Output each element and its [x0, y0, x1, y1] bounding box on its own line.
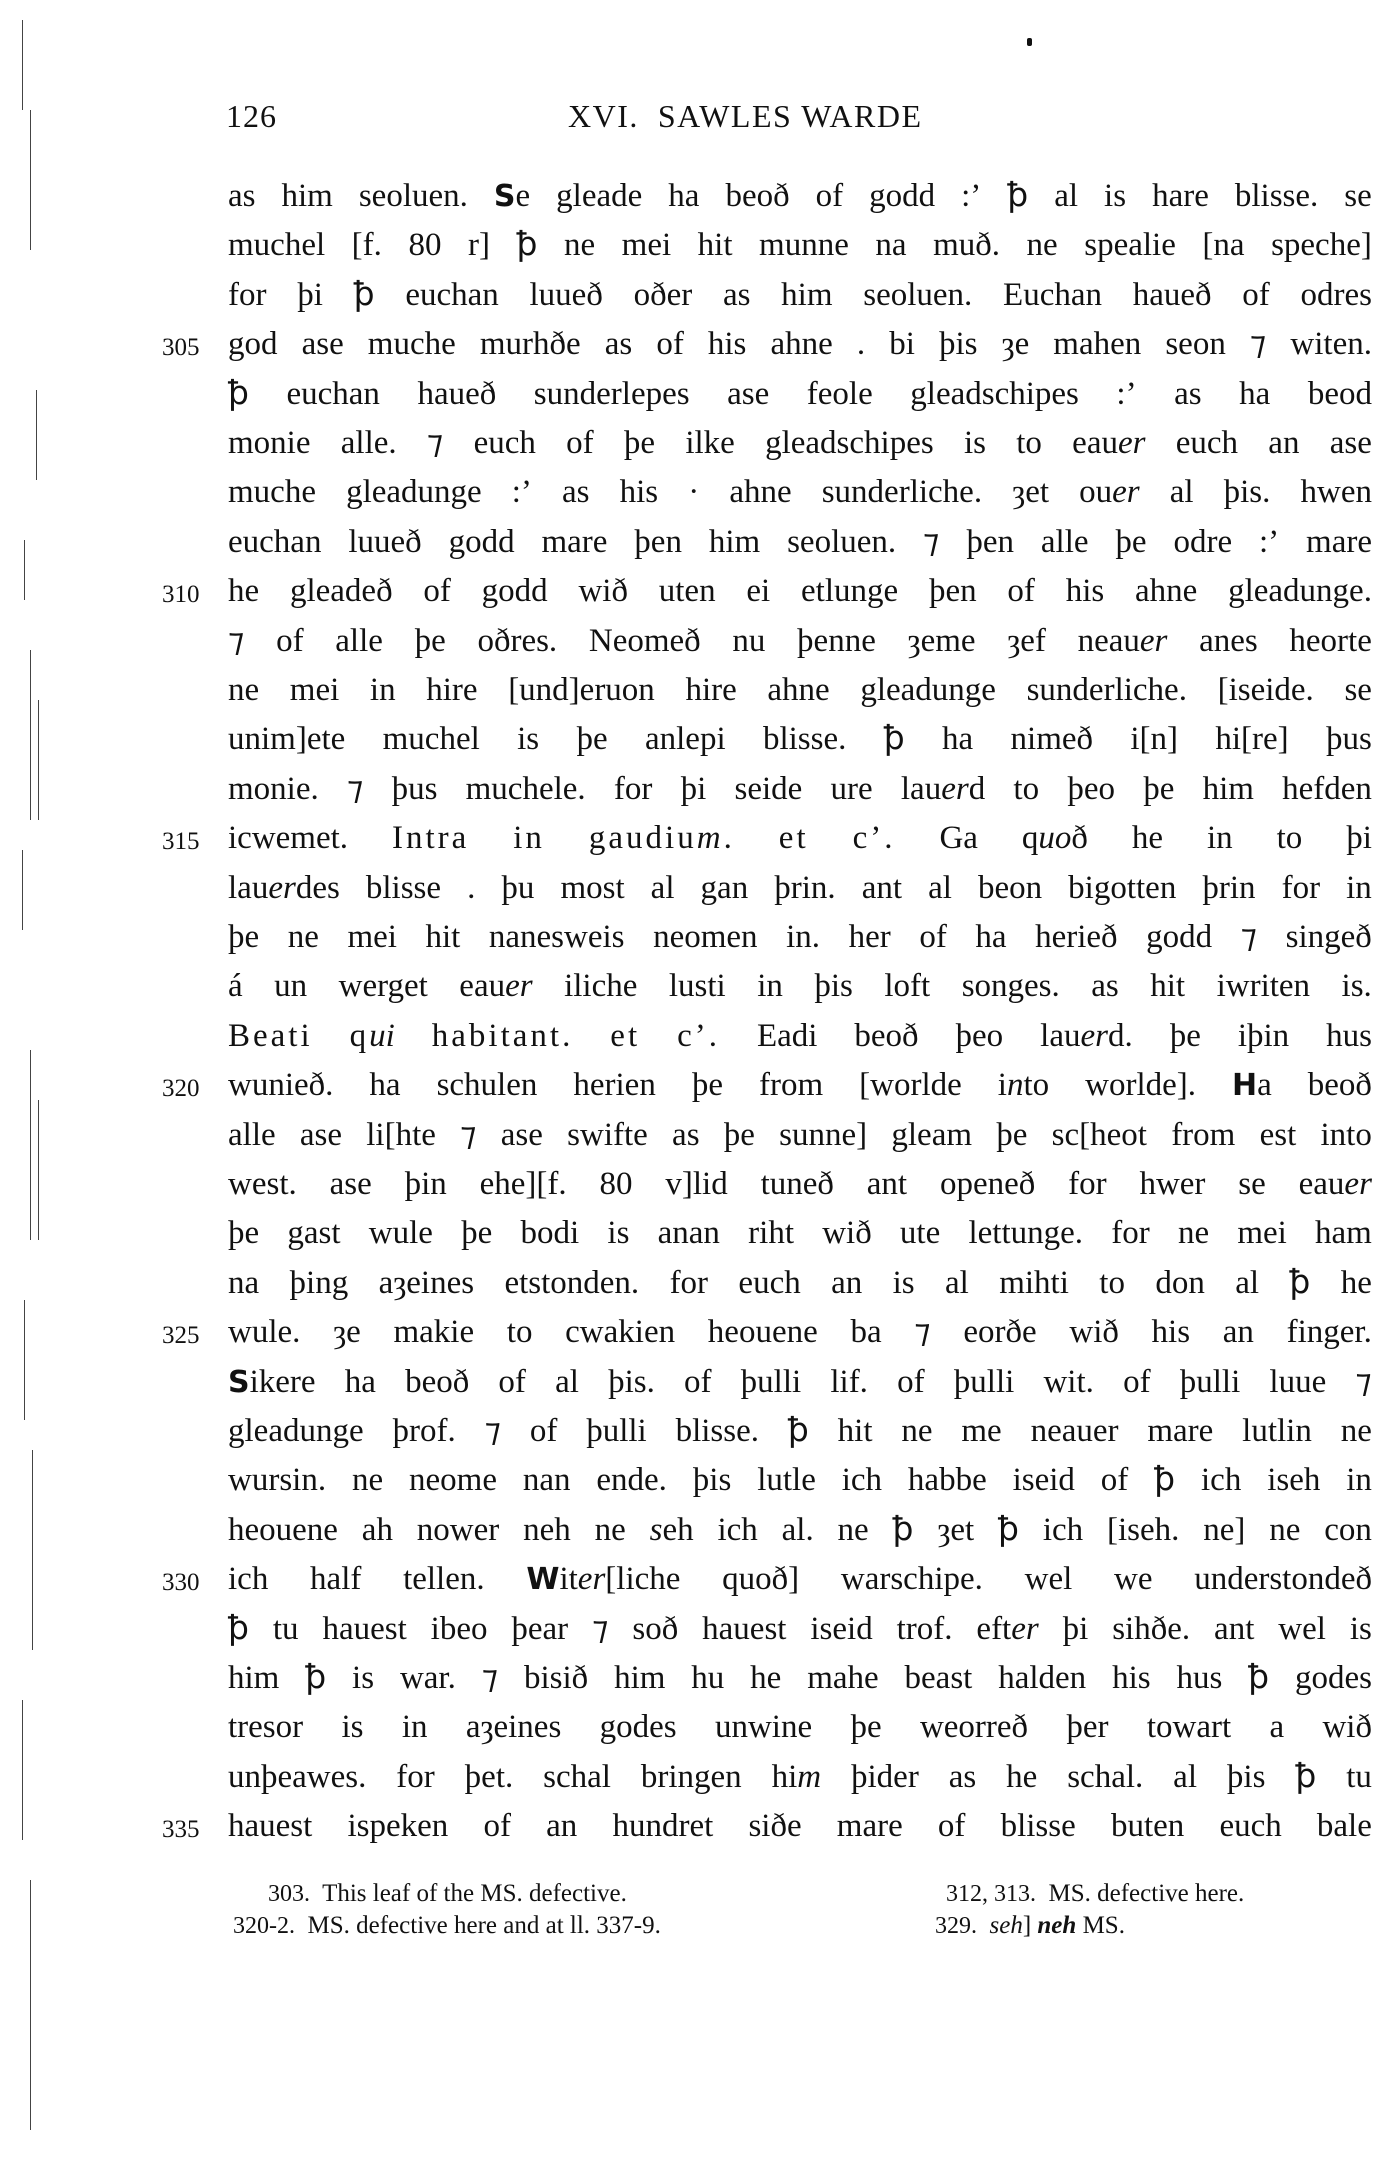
word: hit [838, 1407, 873, 1455]
word: wule [369, 1209, 433, 1257]
word: ant [862, 864, 902, 912]
word: þulli [954, 1358, 1015, 1407]
word: al [651, 864, 675, 912]
word: seh [650, 1506, 694, 1554]
word: al [1170, 468, 1194, 516]
word: neh [523, 1506, 571, 1554]
running-title: XVI. SAWLES WARDE [568, 98, 923, 135]
line-number: 315 [162, 818, 224, 866]
word: hwen [1301, 468, 1372, 516]
word: þulli [741, 1358, 802, 1407]
word: ahne [1135, 567, 1197, 615]
word: al. [782, 1506, 814, 1554]
word: þe [624, 419, 655, 467]
word: loft [884, 962, 930, 1010]
word: ⁊ [228, 617, 244, 665]
word: godd [869, 172, 935, 221]
word: :’ [512, 468, 532, 516]
word: mare [541, 518, 607, 566]
word: uten [659, 567, 716, 615]
word: luueð [530, 271, 603, 319]
word: him [709, 518, 760, 566]
word: of [423, 567, 451, 615]
word: monie. [228, 765, 319, 813]
word: þeo [956, 1012, 1004, 1060]
word: him [772, 1753, 822, 1801]
footnote-312-313: 312, 313. MS. defective here. [946, 1880, 1244, 1908]
word: ahne [767, 666, 829, 714]
word: ꝥ [1295, 1753, 1316, 1801]
text-line: wule.ȝemakietocwakienheoueneba⁊eorðewiðh… [228, 1308, 1372, 1356]
word: mei [347, 913, 396, 961]
word: in [757, 962, 783, 1010]
word: of [530, 1407, 558, 1455]
word: euch [738, 1259, 800, 1307]
word: ich [1043, 1506, 1083, 1554]
text-line: naþingaȝeinesetstonden.foreuchanisalmiht… [228, 1259, 1372, 1307]
word: ase [330, 1160, 372, 1208]
word: beon [978, 864, 1042, 912]
word: eauer [459, 962, 532, 1010]
word: sihðe. [1112, 1605, 1190, 1653]
word: se [1344, 172, 1372, 221]
word: þi [681, 765, 707, 813]
word: as [949, 1753, 977, 1801]
word: trof. [897, 1605, 953, 1653]
footnote-320-2: 320-2. MS. defective here and at ll. 337… [233, 1912, 661, 1940]
word: ⁊ [1250, 320, 1266, 368]
word: ⁊ [1355, 1358, 1371, 1407]
word: ȝet [1012, 468, 1049, 516]
word: Eadi [757, 1012, 817, 1060]
text-line: west.aseþinehe][f.80v]lidtuneðantopeneðf… [228, 1160, 1372, 1208]
word: gleadunge [228, 1407, 364, 1455]
word: eorðe [963, 1308, 1036, 1356]
word: ute [900, 1209, 940, 1257]
word: ⁊ [914, 1308, 930, 1356]
word: herien [573, 1061, 655, 1110]
word: anes [1199, 617, 1258, 665]
word: swifte [567, 1111, 648, 1159]
text-line: moniealle.⁊euchofþeilkegleadschipesistoe… [228, 419, 1372, 467]
word: halden [998, 1654, 1086, 1702]
word: neauer [1078, 617, 1168, 665]
word: tuneð [761, 1160, 834, 1208]
word: murhðe [480, 320, 581, 368]
word: þu [501, 864, 534, 912]
word: iwriten [1217, 962, 1310, 1010]
word: nimeð [1011, 715, 1093, 763]
word: bigotten [1068, 864, 1176, 912]
word: þis [1227, 1753, 1266, 1801]
word: tu [1346, 1753, 1372, 1801]
word: gleadeð [290, 567, 393, 615]
word: ham [1315, 1209, 1372, 1257]
word: as [605, 320, 633, 368]
word: makie [393, 1308, 474, 1356]
word: hit [1150, 962, 1185, 1010]
word: tu [273, 1605, 299, 1653]
word: v]lid [665, 1160, 727, 1208]
word: an [1223, 1308, 1254, 1356]
word: þe [724, 1111, 755, 1159]
word: lettunge. [968, 1209, 1083, 1257]
word: ahne [770, 320, 832, 368]
word: ne [1027, 221, 1058, 269]
word: anan [658, 1209, 720, 1257]
word: þe [461, 1209, 492, 1257]
word: oðres. [477, 617, 557, 665]
word: ȝet [937, 1506, 974, 1554]
word: :’ [1259, 518, 1279, 566]
word: euchan [228, 518, 321, 566]
word: eauer [1299, 1160, 1372, 1208]
word: ne [1269, 1506, 1300, 1554]
word: wel [1278, 1605, 1326, 1653]
word: gleadschipes [765, 419, 934, 467]
word: ꝥ [354, 271, 375, 319]
word: ne [1178, 1209, 1209, 1257]
word: for [670, 1259, 708, 1307]
text-line: ichhalftellen.Witer[lichequoð]warschipe.… [228, 1555, 1372, 1603]
word: al [1054, 172, 1078, 221]
word: ne [564, 221, 595, 269]
text-line: muchel[f.80r]ꝥnemeihitmunnenamuð.nespeal… [228, 221, 1372, 269]
word: i[n] [1130, 715, 1178, 763]
word: ba [850, 1308, 881, 1356]
word: in [370, 666, 396, 714]
word: iseid [1013, 1456, 1075, 1504]
word: of [566, 419, 594, 467]
word: of [1101, 1456, 1129, 1504]
word: [worlde [859, 1061, 962, 1110]
text-line: lauerdesblisse.þumostalganþrin.antalbeon… [228, 864, 1372, 912]
word: ne [288, 913, 319, 961]
word: for [228, 271, 266, 319]
word: worlde]. [1085, 1061, 1196, 1110]
word: euchan [286, 370, 379, 418]
word: is [964, 419, 986, 467]
word: þrof. [392, 1407, 455, 1455]
word: blisse. [1235, 172, 1318, 221]
word: sc[heot [1052, 1111, 1147, 1159]
word: ꝥ [788, 1407, 809, 1455]
word: his [1152, 1308, 1191, 1356]
word: ⁊ [1241, 913, 1257, 961]
word: in [1346, 1456, 1372, 1504]
word: mahen [1053, 320, 1141, 368]
word: for [614, 765, 652, 813]
word: bisið [524, 1654, 588, 1702]
word: ispeken [347, 1802, 448, 1850]
word: ase [300, 1111, 342, 1159]
word: 80 [408, 221, 441, 269]
text-line: Beatiquihabitant.etc’.Eadibeoðþeolauerd.… [228, 1012, 1372, 1060]
word: wunieð. [228, 1061, 333, 1110]
scan-gutter-marks [0, 0, 80, 2184]
word: un [274, 962, 307, 1010]
word: ꝥ [1248, 1654, 1269, 1702]
text-line: unþeawes.forþet.schalbringenhimþiderashe… [228, 1753, 1372, 1801]
text-line: icwemet.Intraingaudium.etc’.Gaquoðheinto… [228, 814, 1372, 862]
word: he [750, 1654, 781, 1702]
text-line: himꝥiswar.⁊bisiðhimhuhemahebeasthaldenhi… [228, 1654, 1372, 1702]
word: ꝥ [1154, 1456, 1175, 1504]
word: hare [1152, 172, 1209, 221]
word: wið [822, 1209, 872, 1257]
word: ende. [596, 1456, 667, 1504]
word: alle [1041, 518, 1089, 566]
word: þear [511, 1605, 568, 1653]
word: of [919, 913, 947, 961]
word: r] [468, 221, 490, 269]
word: bringen [641, 1753, 742, 1801]
word: iseh [1267, 1456, 1320, 1504]
text-line: ashimseoluen.Segleadehabeoðofgodd:’ꝥalis… [228, 172, 1372, 220]
word: ha [668, 172, 699, 221]
word: þe [576, 715, 607, 763]
word: euchan [405, 271, 498, 319]
word: muchele. [466, 765, 586, 813]
text-line: hegleadeðofgoddwiðuteneietlungeþenofhisa… [228, 567, 1372, 615]
word: bale [1317, 1802, 1372, 1850]
word: lauerd. [1040, 1012, 1133, 1060]
word: schulen [437, 1061, 538, 1110]
word: in [513, 814, 545, 862]
word: quoð] [722, 1555, 799, 1604]
word: him [614, 1654, 665, 1702]
word: haueð [1133, 271, 1212, 319]
word: Intra [392, 814, 469, 862]
word: ase [302, 320, 344, 368]
word: þulli [1180, 1358, 1241, 1407]
word: his [708, 320, 747, 368]
word: godd [1146, 913, 1212, 961]
word: þi [1063, 1605, 1089, 1653]
word: et [779, 814, 809, 862]
word: þe [996, 1111, 1027, 1159]
word: to [1016, 419, 1042, 467]
word: ase [727, 370, 769, 418]
word: feole [807, 370, 873, 418]
word: him [1203, 765, 1254, 813]
word: into [998, 1061, 1049, 1110]
word: þet. [465, 1753, 514, 1801]
word: wið [1069, 1308, 1119, 1356]
word: beoð [854, 1012, 918, 1060]
word: ꝥ [516, 221, 537, 269]
page-number: 126 [226, 98, 277, 135]
word: of [816, 172, 844, 221]
word: þulli [586, 1407, 647, 1455]
page-header: 126 XVI. SAWLES WARDE [0, 98, 1398, 148]
word: gan [701, 864, 749, 912]
word: beoð [725, 172, 789, 221]
word: sunne] [779, 1111, 867, 1159]
word: ȝeme [908, 617, 976, 665]
word: hus [1176, 1654, 1222, 1702]
text-line: nemeiinhire[und]eruonhireahnegleadungesu… [228, 666, 1372, 714]
word: is [341, 1703, 363, 1751]
word: tellen. [403, 1555, 485, 1604]
word: wið [1322, 1703, 1372, 1751]
word: openeð [940, 1160, 1035, 1208]
word: þrin [1202, 864, 1255, 912]
text-line: tresorisinaȝeinesgodesunwineþeweorreðþer… [228, 1703, 1372, 1751]
word: neauer [1031, 1407, 1119, 1455]
word: an [1268, 419, 1299, 467]
word: in. [786, 913, 820, 961]
word: ȝe [333, 1308, 361, 1356]
word: herieð [1035, 913, 1117, 961]
word: lif. [830, 1358, 868, 1407]
word: þrin. [774, 864, 835, 912]
word: as [672, 1111, 700, 1159]
word: á [228, 962, 243, 1010]
word: of [1007, 567, 1035, 615]
word: is [1350, 1605, 1372, 1653]
word: wule. [228, 1308, 300, 1356]
word: mahe [807, 1654, 878, 1702]
word: wið [578, 567, 628, 615]
word: is [517, 715, 539, 763]
word: ei [746, 567, 770, 615]
word: singeð [1286, 913, 1372, 961]
word: finger. [1287, 1308, 1372, 1356]
word: unþeawes. [228, 1753, 366, 1801]
word: into [1320, 1111, 1371, 1159]
word: þider [851, 1753, 919, 1801]
word: as [228, 172, 256, 221]
word: beoð [1308, 1061, 1372, 1110]
line-number: 330 [162, 1559, 224, 1607]
word: schal [543, 1753, 611, 1801]
word: godd [449, 518, 515, 566]
word: god [228, 320, 278, 368]
word: for [1282, 864, 1320, 912]
word: ant [867, 1160, 907, 1208]
word: odre [1173, 518, 1232, 566]
word: þe [228, 1209, 259, 1257]
word: an [831, 1259, 862, 1307]
word: witen. [1290, 320, 1372, 368]
word: alle [228, 1111, 276, 1159]
word: mei [1237, 1209, 1286, 1257]
word: þe [1170, 1012, 1201, 1060]
word: þe [850, 1703, 881, 1751]
word: Se [494, 172, 530, 221]
word: þeo [1067, 765, 1115, 813]
word: nower [417, 1506, 499, 1554]
word: ȝef [1007, 617, 1046, 665]
word: ꝥ [893, 1506, 914, 1554]
word: þe [1143, 765, 1174, 813]
word: euch [1219, 1802, 1281, 1850]
word: ehe][f. [480, 1160, 567, 1208]
word: Ga [939, 814, 977, 862]
word: of [1123, 1358, 1151, 1407]
word: as [723, 271, 751, 319]
word: þus [392, 765, 438, 813]
word: godd [482, 567, 548, 615]
word: þing [290, 1259, 349, 1307]
word: þis. [608, 1358, 655, 1407]
word: habitant. [432, 1012, 574, 1060]
word: . [467, 864, 475, 912]
word: ꝥ [884, 715, 905, 763]
word: he [1132, 814, 1163, 862]
word: li[hte [366, 1111, 436, 1159]
word: is. [1342, 962, 1372, 1010]
word: efter [976, 1605, 1038, 1653]
word: his [1066, 567, 1105, 615]
word: mare [1147, 1407, 1213, 1455]
word: unwine [715, 1703, 812, 1751]
word: euch [1176, 419, 1238, 467]
word: mare [1306, 518, 1372, 566]
word: ibeo [431, 1605, 488, 1653]
word: soð [632, 1605, 678, 1653]
word: godes [1295, 1654, 1372, 1702]
word: þen [966, 518, 1014, 566]
word: me [961, 1407, 1001, 1455]
word: mei [290, 666, 339, 714]
word: habbe [908, 1456, 987, 1504]
text-line: alleaseli[hte⁊aseswifteasþesunne]gleamþe… [228, 1111, 1372, 1159]
word: gleadunge [346, 468, 482, 516]
word: ⁊ [427, 419, 443, 467]
word: hwer [1139, 1160, 1205, 1208]
word: ⁊ [485, 1407, 501, 1455]
word: muchel [228, 221, 325, 269]
word: ȝe [1002, 320, 1030, 368]
word: ꝥ [228, 1605, 249, 1653]
text-line: ꝥeuchanhaueðsunderlepesasefeolegleadschi… [228, 370, 1372, 418]
word: him [228, 1654, 279, 1702]
word: ⁊ [460, 1111, 476, 1159]
line-number: 310 [162, 571, 224, 619]
word: he [1006, 1753, 1037, 1801]
word: ne [228, 666, 259, 714]
word: werget [339, 962, 428, 1010]
text-line: forþiꝥeuchanluueðoðerashimseoluen.Euchan… [228, 271, 1372, 319]
word: half [310, 1555, 361, 1604]
word: þi [297, 271, 323, 319]
text-line: wunieð.haschulenherienþefrom[worldeintow… [228, 1061, 1372, 1109]
word: þi [1346, 814, 1372, 862]
word: is [352, 1654, 374, 1702]
word: etstonden. [504, 1259, 639, 1307]
word: from [1171, 1111, 1235, 1159]
word: sunderliche. [1027, 666, 1187, 714]
word: þe [1115, 518, 1146, 566]
word: na [228, 1259, 259, 1307]
word: seoluen. [863, 271, 972, 319]
word: schal. [1067, 1753, 1143, 1801]
word: hauest [228, 1802, 312, 1850]
word: is [607, 1209, 629, 1257]
word: ase [501, 1111, 543, 1159]
word: ꝥ [228, 370, 249, 418]
word: songes. [962, 962, 1060, 1010]
word: lauerd [901, 765, 985, 813]
word: ne [1341, 1407, 1372, 1455]
word: al [555, 1358, 579, 1407]
word: ouer [1079, 468, 1140, 516]
word: gleadunge [860, 666, 996, 714]
word: þus [1326, 715, 1372, 763]
word: muchel [383, 715, 480, 763]
